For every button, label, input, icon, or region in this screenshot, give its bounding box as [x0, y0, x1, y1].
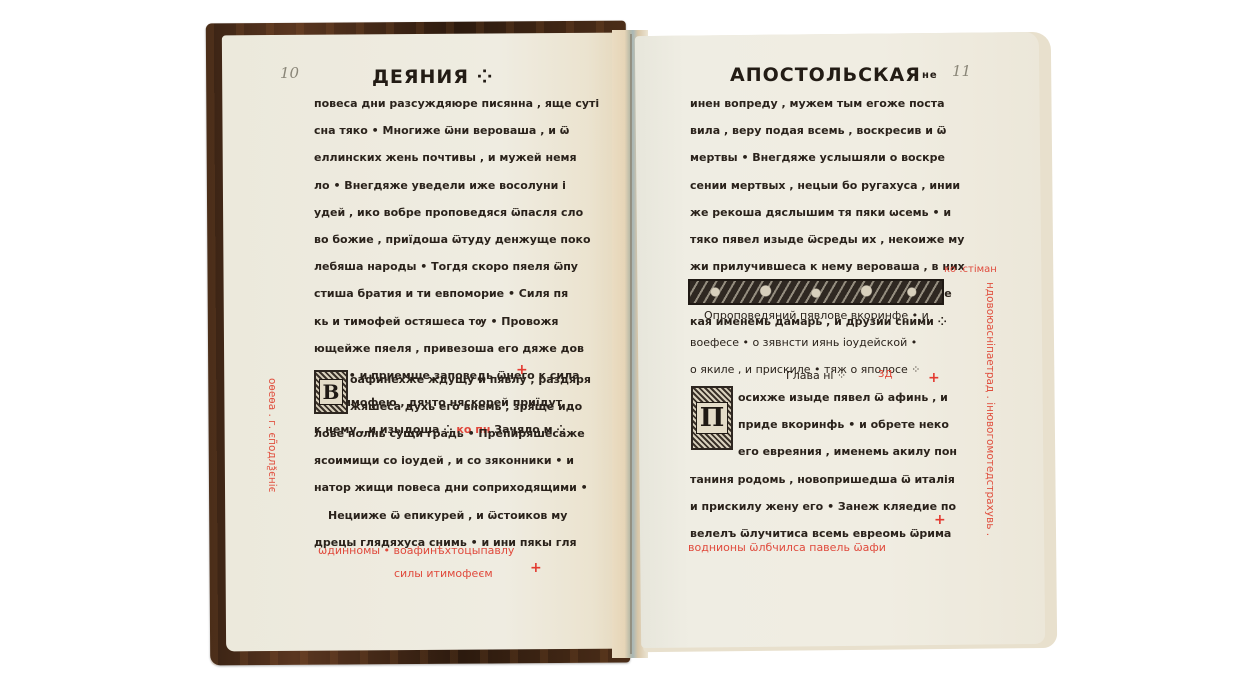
text-line: Опроповедяний пявлове вкоринфе • и [690, 302, 929, 329]
text-line: лове полнь сущи градь • Препиряшесаже [314, 420, 588, 447]
open-book: 10 ДЕЯНИЯ ⁘ повеса дни разсуждяюре писян… [0, 0, 1258, 696]
text-line: жяшеса духь его внемь , зряще идо [350, 393, 591, 420]
text-line: вила , веру подая всемь , воскресив и ѿ [690, 117, 965, 144]
left-bottom-note-1: ѡдинномы • воафинѣхтоцыпавлу [318, 544, 514, 557]
text-line: сна тяко • Многиже ѿни вероваша , и ѿ [314, 117, 599, 144]
text-line: повеса дни разсуждяюре писянна , яще сут… [314, 90, 599, 117]
text-line: его евреяния , именемь акилу пон [738, 438, 957, 465]
text-line: Нецииже ѿ епикурей , и ѿстоиков му [314, 502, 588, 529]
text-line: осихже изыде пявел ѿ афинь , и [738, 384, 957, 411]
drop-cap-letter: П [696, 402, 729, 434]
text-line: тяко пявел изыде ѿсреды их , некоиже му [690, 226, 965, 253]
text-line: во божие , приїдоша ѿтуду денжуще поко [314, 226, 599, 253]
text-line: лебяша народы • Тогдя скоро пяеля ѿпу [314, 253, 599, 280]
text-line: таниня родомь , новопришедша ѿ италія [690, 466, 956, 493]
text-line: кь и тимофей остяшеса тѹ • Провожя [314, 308, 599, 335]
chapter-number-red: зд [878, 366, 893, 380]
catchword: не [922, 70, 938, 81]
text-line: ющейже пяеля , привезоша его дяже дов [314, 335, 599, 362]
right-text-after-cap: осихже изыде пявел ѿ афинь , и приде вко… [738, 384, 957, 466]
text-line: приде вкоринфь • и обрете неко [738, 411, 957, 438]
text-line: ло • Внегдяже уведели иже восолуни і [314, 172, 599, 199]
right-text-tail: таниня родомь , новопришедша ѿ италія и … [690, 466, 956, 548]
red-cross-mark: + [934, 512, 946, 528]
text-line: же рекоша дяслышим тя пяки ѡсемь • и [690, 199, 965, 226]
left-text-tail: лове полнь сущи градь • Препиряшесаже яс… [314, 420, 588, 556]
left-running-head: ДЕЯНИЯ ⁘ [372, 66, 494, 88]
left-folio-number: 10 [280, 64, 299, 82]
right-bottom-note: воднионы ѿлбчилса павель ѿафи [688, 541, 886, 554]
right-running-head: АПОСТОЛЬСКАЯ [730, 64, 921, 86]
gutter-fold [630, 34, 632, 654]
text-line: еллинских жень почтивы , и мужей немя [314, 144, 599, 171]
red-cross-mark: + [530, 560, 542, 576]
drop-cap-letter: В [319, 379, 344, 405]
left-text-after-cap: оафинехже ждущу и пявлу , раздяря жяшеса… [350, 366, 591, 420]
right-folio-number: 11 [952, 62, 971, 80]
text-line: сении мертвых , нецыи бо ругахуса , инии [690, 172, 965, 199]
text-line: инен вопреду , мужем тым егоже поста [690, 90, 965, 117]
text-line: стиша братия и ти евпоморие • Силя пя [314, 280, 599, 307]
drop-cap-p: П [691, 386, 733, 450]
text-line: мертвы • Внегдяже услышяли о воскре [690, 144, 965, 171]
text-line: ясоимищи со іоудей , и со зяконники • и [314, 447, 588, 474]
text-line: оафинехже ждущу и пявлу , раздяря [350, 366, 591, 393]
text-line: воефесе • о зявнсти иянь іоудейской • [690, 329, 929, 356]
text-line: удей , ико вобре проповедяся ѿпасля сло [314, 199, 599, 226]
text-line: и прискилу жену его • Занеж кляедие по [690, 493, 956, 520]
right-rubric-note: ко .стіман [944, 264, 997, 275]
right-margin-note: ндовоюасніпаетрад . інювогомотедстрахувь… [984, 282, 996, 536]
left-bottom-note-2: силы итимофеєм [394, 567, 493, 580]
left-margin-note: оѳеѳа . г. єп̃одлѯєніє [266, 378, 278, 492]
text-line: жи прилучившеса к нему вероваша , в них [690, 253, 965, 280]
text-line: натор жищи повеса дни соприходящими • [314, 474, 588, 501]
drop-cap-v: В [314, 370, 348, 414]
